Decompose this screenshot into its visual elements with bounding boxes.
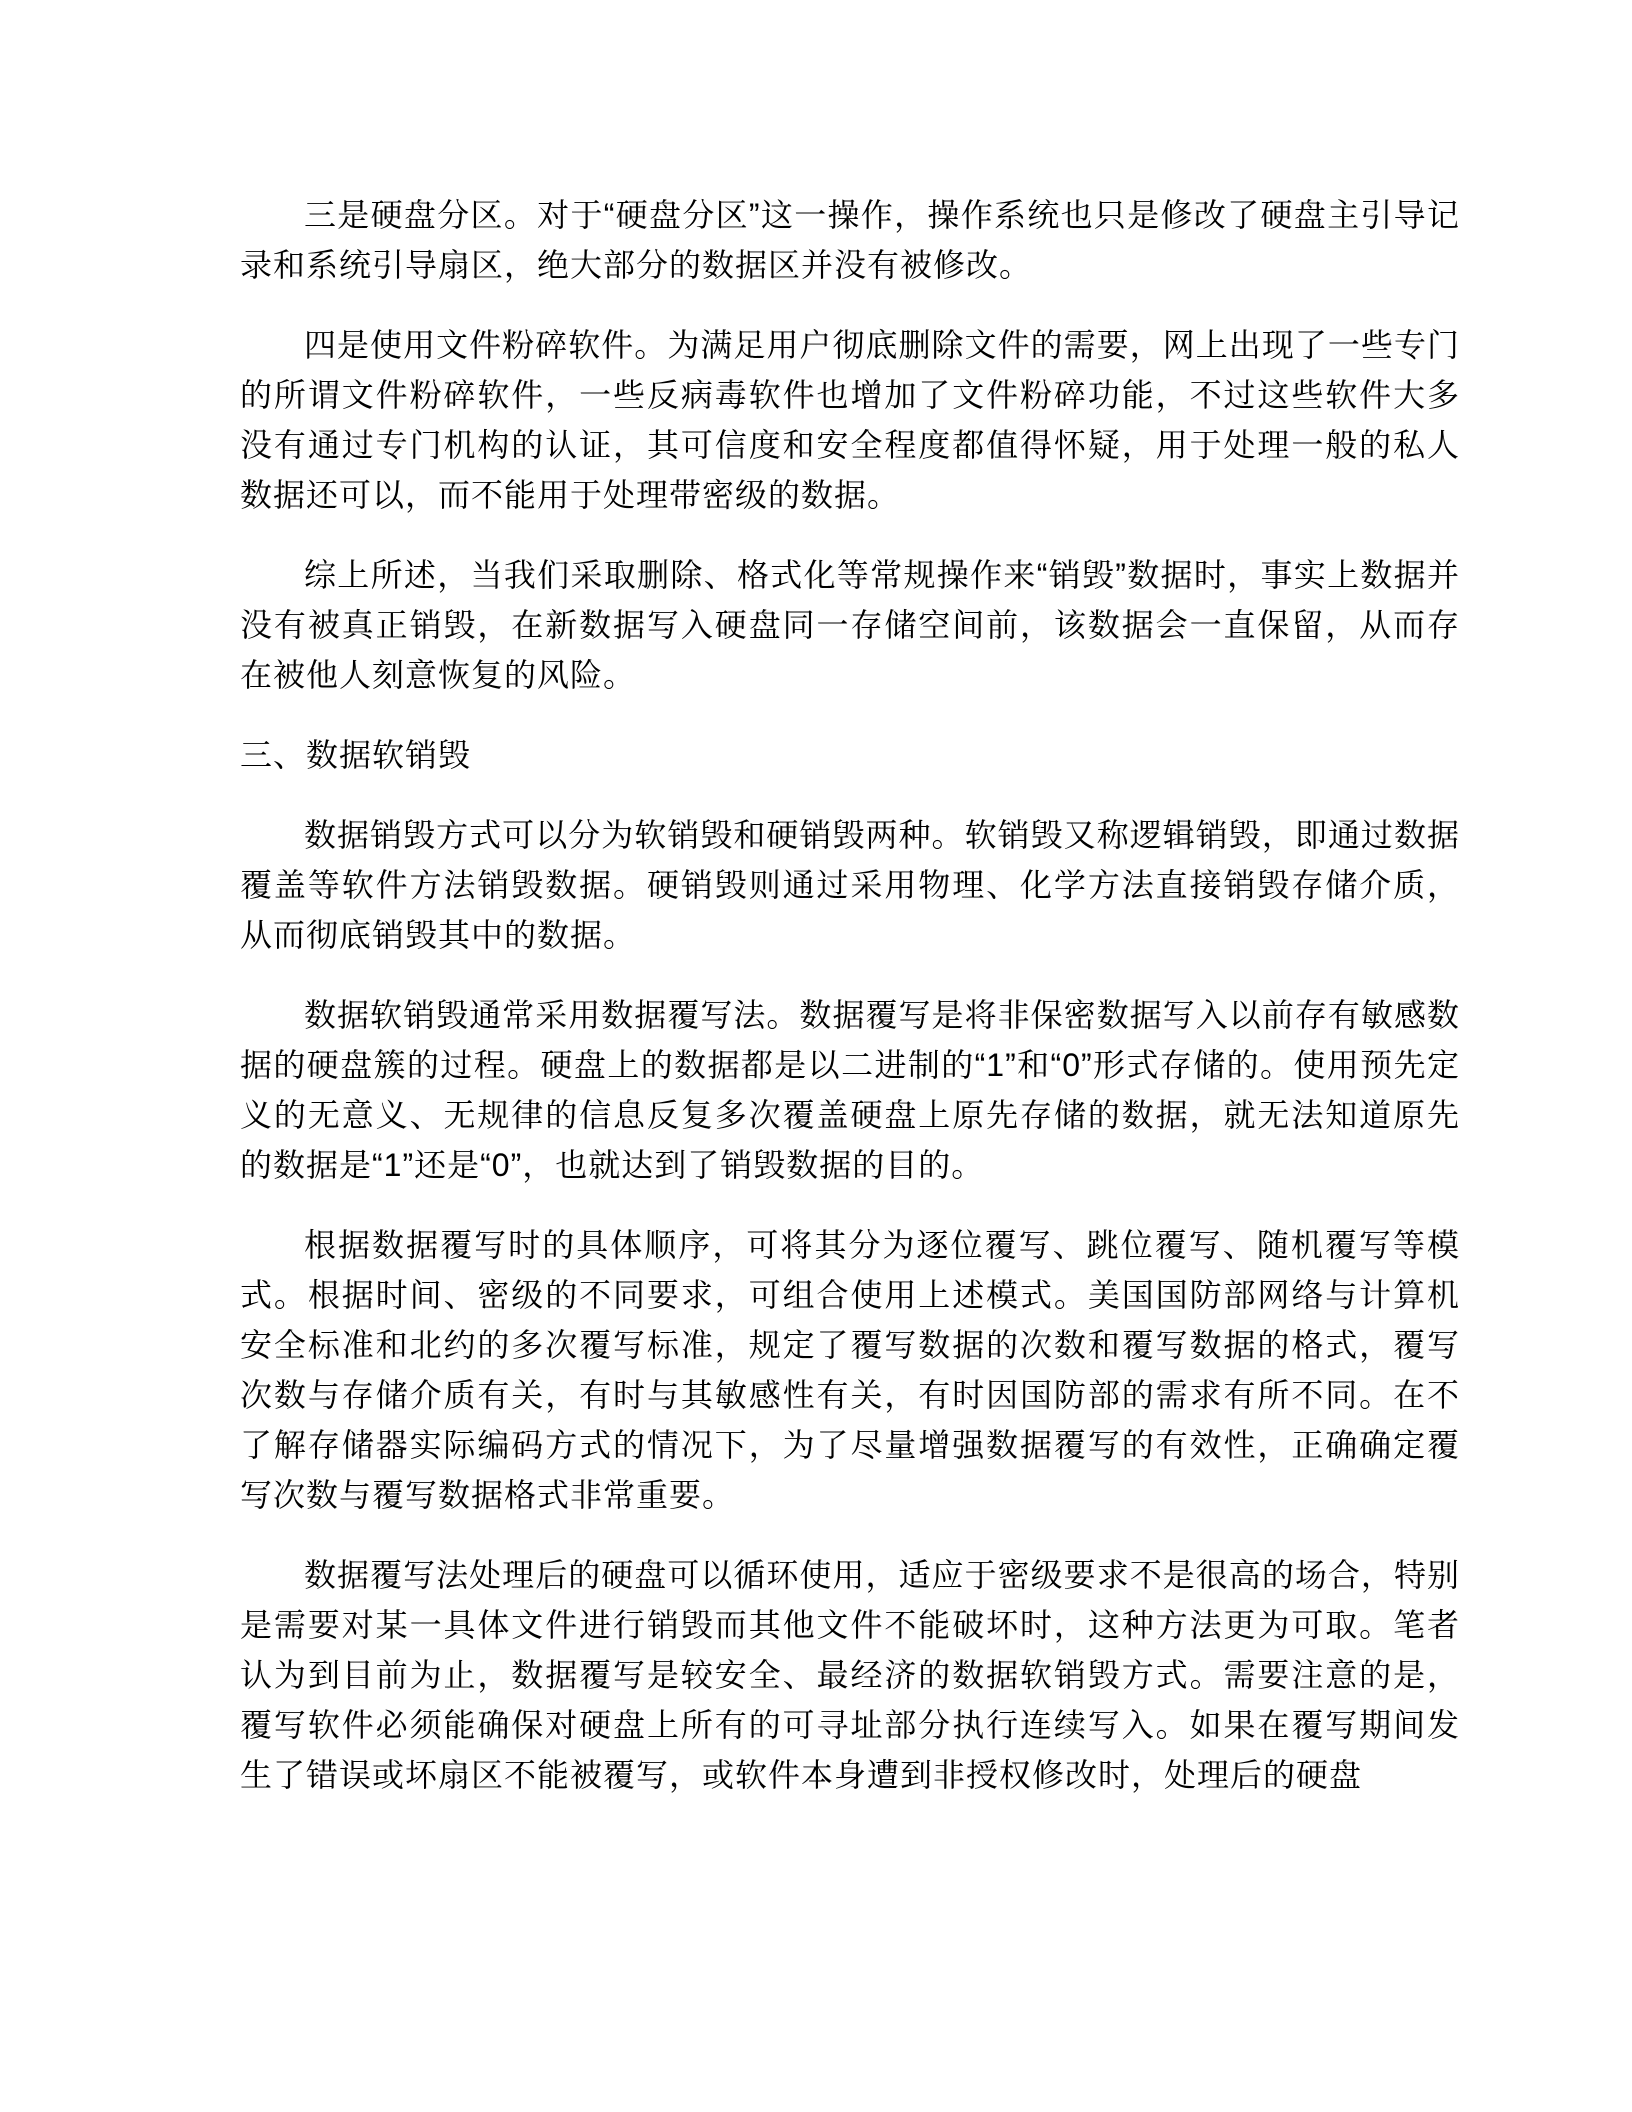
paragraph-file-shredder-software: 四是使用文件粉碎软件。为满足用户彻底删除文件的需要，网上出现了一些专门的所谓文件… (240, 320, 1460, 520)
paragraph-summary: 综上所述，当我们采取删除、格式化等常规操作来“销毁”数据时，事实上数据并没有被真… (240, 550, 1460, 700)
paragraph-disk-partition: 三是硬盘分区。对于“硬盘分区”这一操作，操作系统也只是修改了硬盘主引导记录和系统… (240, 190, 1460, 290)
paragraph-overwrite-reuse: 数据覆写法处理后的硬盘可以循环使用，适应于密级要求不是很高的场合，特别是需要对某… (240, 1550, 1460, 1800)
paragraph-overwrite-method: 数据软销毁通常采用数据覆写法。数据覆写是将非保密数据写入以前存有敏感数据的硬盘簇… (240, 990, 1460, 1190)
document-page: 三是硬盘分区。对于“硬盘分区”这一操作，操作系统也只是修改了硬盘主引导记录和系统… (0, 0, 1632, 2112)
paragraph-overwrite-modes: 根据数据覆写时的具体顺序，可将其分为逐位覆写、跳位覆写、随机覆写等模式。根据时间… (240, 1220, 1460, 1520)
section-heading-soft-destruction: 三、数据软销毁 (240, 730, 1460, 780)
paragraph-destruction-types: 数据销毁方式可以分为软销毁和硬销毁两种。软销毁又称逻辑销毁，即通过数据覆盖等软件… (240, 810, 1460, 960)
document-content: 三是硬盘分区。对于“硬盘分区”这一操作，操作系统也只是修改了硬盘主引导记录和系统… (240, 190, 1460, 1830)
